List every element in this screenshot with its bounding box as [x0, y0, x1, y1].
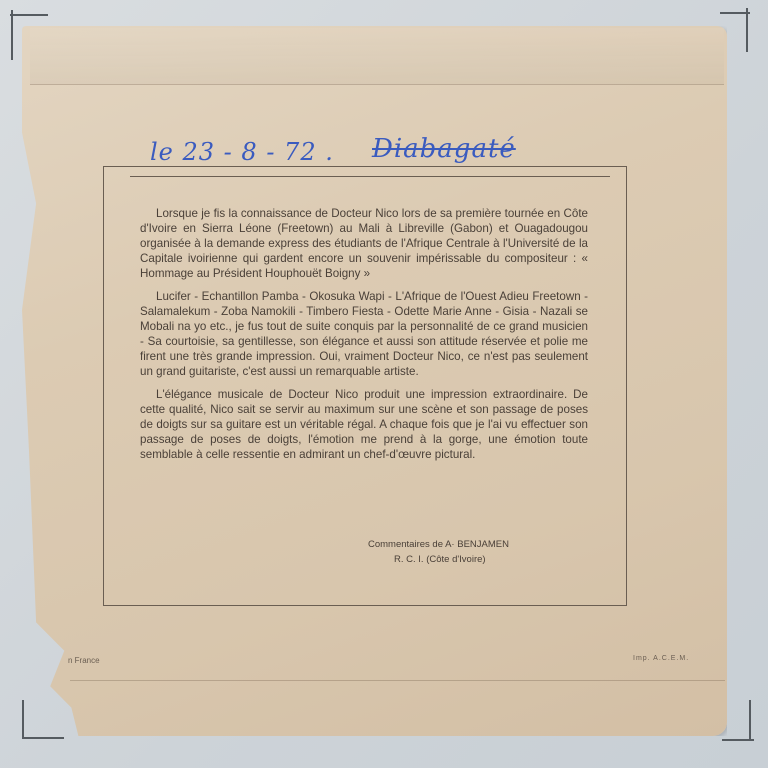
corner-mark-top-right-v — [746, 8, 748, 52]
liner-notes-body: Lorsque je fis la connaissance de Docteu… — [140, 206, 588, 470]
sleeve-top-flap — [30, 28, 724, 85]
footer-printer: Imp. A.C.E.M. — [633, 655, 689, 662]
liner-notes-paragraph-1: Lorsque je fis la connaissance de Docteu… — [140, 206, 588, 281]
handwritten-signature: Diabagaté — [372, 134, 516, 164]
credit-author: Commentaires de A· BENJAMEN — [368, 537, 509, 552]
credit-station: R. C. I. (Côte d'Ivoire) — [368, 552, 509, 567]
corner-mark-top-left — [10, 14, 48, 16]
corner-mark-bottom-right-h — [722, 739, 754, 741]
footer-made-in: n France — [68, 656, 100, 665]
liner-notes-paragraph-3: L'élégance musicale de Docteur Nico prod… — [140, 387, 588, 462]
corner-mark-bottom-right — [749, 700, 751, 740]
sleeve-bottom-flap — [70, 680, 725, 736]
corner-mark-bottom-left — [22, 700, 24, 738]
corner-mark-top-left-v — [11, 10, 13, 60]
corner-mark-bottom-left-h — [22, 737, 64, 739]
handwritten-date: le 23 - 8 - 72 . — [150, 138, 334, 166]
liner-notes-credit: Commentaires de A· BENJAMEN R. C. I. (Cô… — [368, 537, 509, 567]
liner-notes-paragraph-2: Lucifer - Echantillon Pamba - Okosuka Wa… — [140, 289, 588, 379]
